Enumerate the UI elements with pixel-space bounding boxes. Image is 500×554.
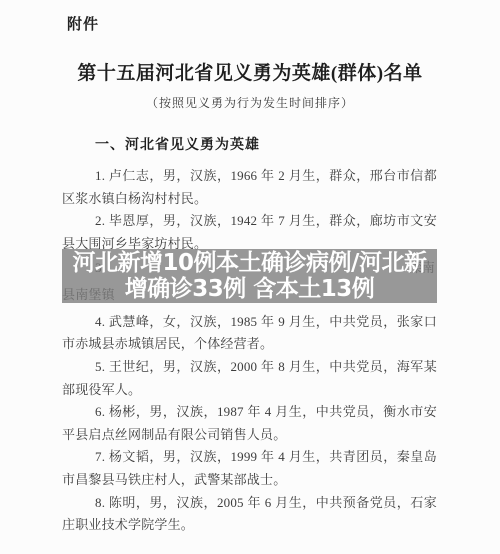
subtitle: （按照见义勇为行为发生时间排序） [0,94,500,111]
list-item-5: 5. 王世纪，男，汉族，2000 年 8 月生，中共党员，海军某部现役军人。 [62,356,437,401]
document-page: 附件 第十五届河北省见义勇为英雄(群体)名单 （按照见义勇为行为发生时间排序） … [0,0,500,554]
list-item-6: 6. 杨彬，男，汉族，1987 年 4 月生，中共党员，衡水市安平县启点丝网制品… [62,401,437,446]
page-title: 第十五届河北省见义勇为英雄(群体)名单 [0,58,500,85]
section-heading: 一、河北省见义勇为英雄 [62,137,437,153]
list-item-8: 8. 陈明，男，汉族，2005 年 6 月生，中共预备党员，石家庄职业技术学院学… [62,492,437,537]
list-item-7: 7. 杨文韬，男，汉族，1999 年 4 月生，共青团员，秦皇岛市昌黎县马铁庄村… [62,446,437,491]
attachment-label: 附件 [67,13,99,34]
list-item-4: 4. 武慧峰，女，汉族，1985 年 9 月生，中共党员，张家口市赤城县赤城镇居… [62,311,437,356]
news-overlay-line1: 河北新增10例本土确诊病例/河北新 [73,250,427,276]
news-overlay-banner: 河北新增10例本土确诊病例/河北新 增确诊33例 含本土13例 [62,249,437,303]
news-overlay-line2: 增确诊33例 含本土13例 [125,276,375,302]
list-item-1: 1. 卢仁志，男，汉族，1966 年 2 月生，群众，邢台市信都区浆水镇白杨沟村… [62,165,437,210]
hero-list-section: 一、河北省见义勇为英雄 1. 卢仁志，男，汉族，1966 年 2 月生，群众，邢… [62,137,437,537]
